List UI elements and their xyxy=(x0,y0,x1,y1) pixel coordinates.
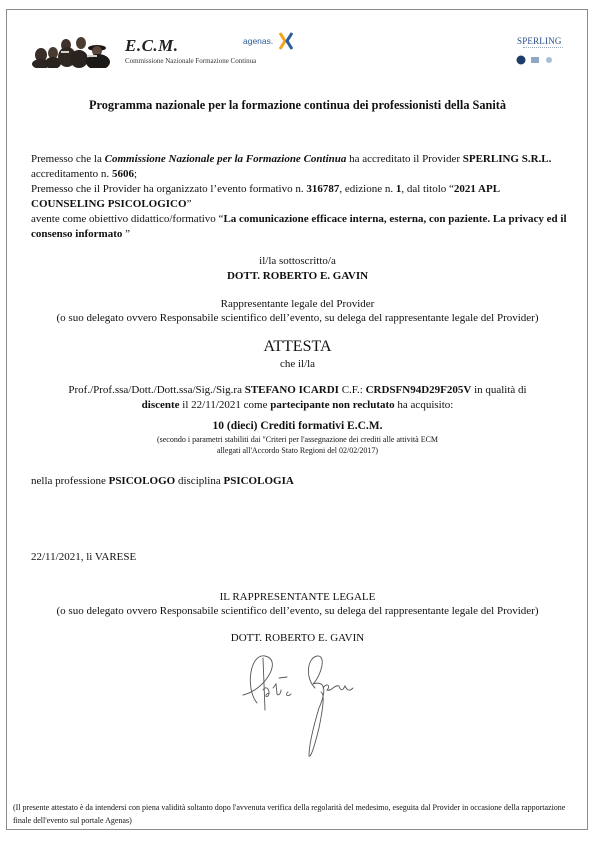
attesta-sub: che il/la xyxy=(0,358,595,370)
participation-date: 22/11/2021 xyxy=(191,399,241,411)
premise-text: avente come obiettivo didattico/formativ… xyxy=(31,213,223,225)
closing-note: (o suo delegato ovvero Responsabile scie… xyxy=(0,605,595,617)
profession: PSICOLOGO xyxy=(109,475,176,487)
participant-line-2: discente il 22/11/2021 come partecipante… xyxy=(0,399,595,411)
title-options: Prof./Prof.ssa/Dott./Dott.ssa/Sig./Sig.r… xyxy=(68,384,244,396)
participant-text: come xyxy=(241,399,270,411)
quality-icon xyxy=(544,55,554,65)
ecm-painting-logo xyxy=(31,33,115,68)
premise-text: Premesso che la xyxy=(31,153,105,165)
participant-text: ha acquisito: xyxy=(395,399,454,411)
closing-title: IL RAPPRESENTANTE LEGALE xyxy=(0,591,595,603)
place-date: 22/11/2021, lì VARESE xyxy=(31,550,571,565)
sperling-logo-text: SPERLING xyxy=(517,36,562,46)
premise-text: , edizione n. xyxy=(339,183,396,195)
fiscal-code: CRDSFN94D29F205V xyxy=(366,384,472,396)
signatory-name: DOTT. ROBERTO E. GAVIN xyxy=(0,270,595,282)
document-heading: Programma nazionale per la formazione co… xyxy=(0,98,595,113)
participant-line: Prof./Prof.ssa/Dott./Dott.ssa/Sig./Sig.r… xyxy=(0,384,595,396)
event-number: 316787 xyxy=(306,183,339,195)
premise-text: ha accreditato il Provider xyxy=(346,153,462,165)
attesta-title: ATTESTA xyxy=(0,338,595,356)
premise-text: accreditamento n. xyxy=(31,168,112,180)
cf-label: C.F.: xyxy=(339,384,366,396)
premise-text: ; xyxy=(134,168,137,180)
participant-text: in qualità di xyxy=(471,384,526,396)
discipline: PSICOLOGIA xyxy=(224,475,294,487)
ecm-logo-title: E.C.M. xyxy=(125,36,179,56)
closing-name: DOTT. ROBERTO E. GAVIN xyxy=(0,632,595,644)
commission-name: Commissione Nazionale per la Formazione … xyxy=(105,153,347,165)
ecm-logo-subtitle: Commissione Nazionale Formazione Continu… xyxy=(125,57,256,65)
premise-text: Premesso che il Provider ha organizzato … xyxy=(31,183,306,195)
signatory-intro: il/la sottoscritto/a xyxy=(0,255,595,267)
credits-title: 10 (dieci) Crediti formativi E.C.M. xyxy=(0,420,595,432)
provider-name: SPERLING S.R.L. xyxy=(463,153,552,165)
profession-text: disciplina xyxy=(175,475,223,487)
signature-image xyxy=(235,648,385,768)
agenas-logo-icon xyxy=(278,31,294,51)
participation-type: partecipante non reclutato xyxy=(270,399,394,411)
signatory-role: Rappresentante legale del Provider xyxy=(0,298,595,310)
profession-text: nella professione xyxy=(31,475,109,487)
accreditation-number: 5606 xyxy=(112,168,134,180)
profession-line: nella professione PSICOLOGO disciplina P… xyxy=(31,474,571,489)
premise-text: , dal titolo “ xyxy=(401,183,454,195)
footer-note: (Il presente attestato è da intendersi c… xyxy=(13,802,583,827)
agenas-logo-text: agenas. xyxy=(243,36,273,46)
participant-name: STEFANO ICARDI xyxy=(245,384,339,396)
credits-note-1: (secondo i parametri stabiliti dai "Crit… xyxy=(0,435,595,446)
participant-text: il xyxy=(180,399,192,411)
premise-text: ” xyxy=(187,198,192,210)
certification-icon xyxy=(530,55,540,65)
sperling-logo-tagline xyxy=(523,47,563,49)
participant-role: discente xyxy=(142,399,180,411)
signatory-role-note: (o suo delegato ovvero Responsabile scie… xyxy=(0,312,595,324)
premise-paragraph: Premesso che la Commissione Nazionale pe… xyxy=(31,152,571,242)
premise-text: ” xyxy=(125,228,130,240)
credits-note-2: allegati all'Accordo Stato Regioni del 0… xyxy=(0,446,595,457)
seal-icon xyxy=(516,55,526,65)
